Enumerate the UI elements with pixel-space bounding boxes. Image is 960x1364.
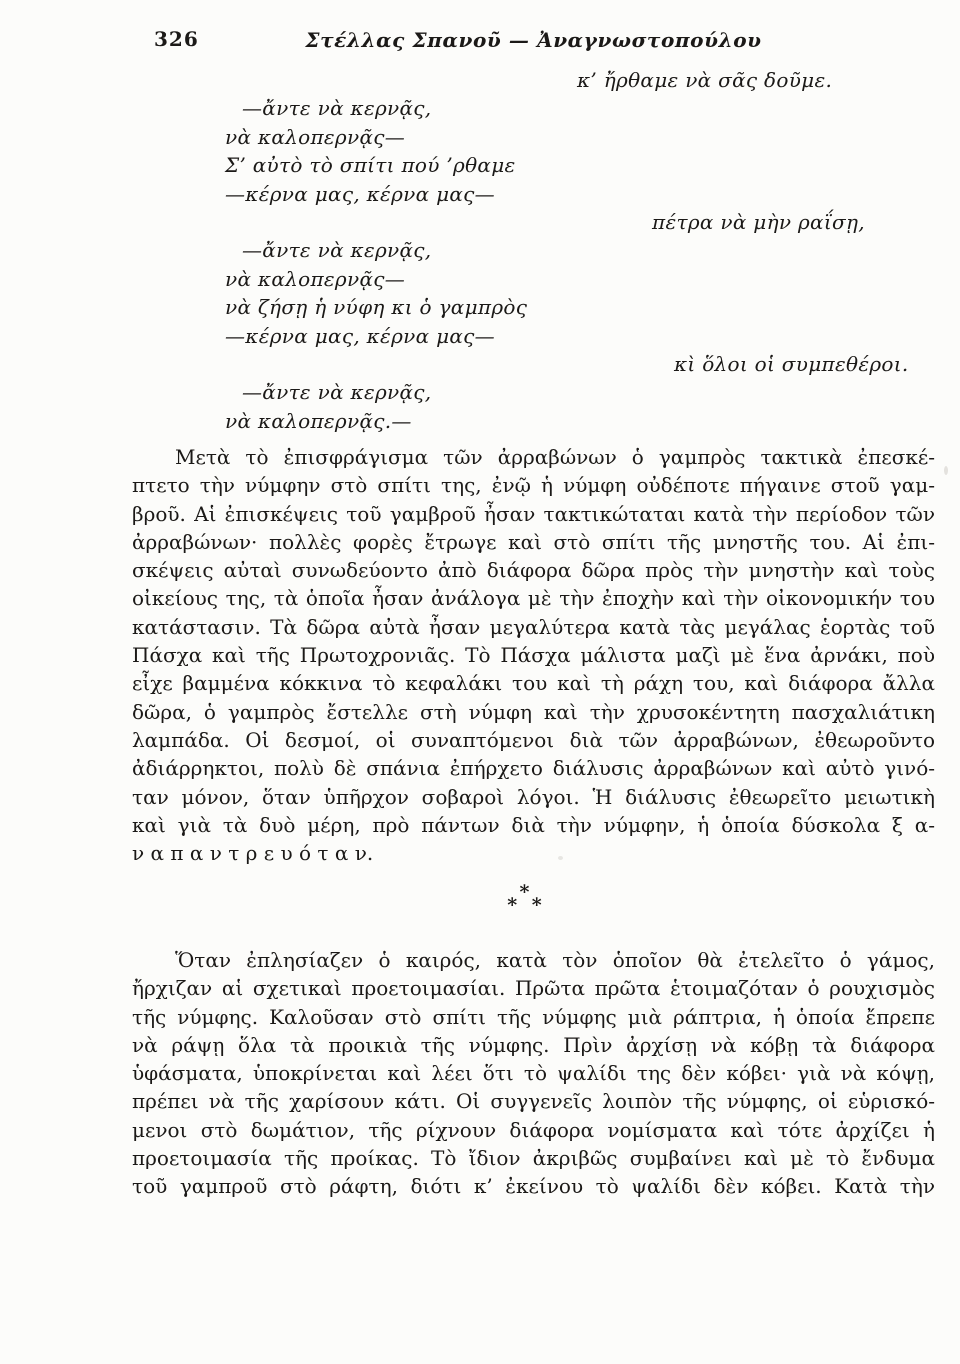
scan-artifact xyxy=(944,466,948,475)
song-line: πέτρα νὰ μὴν ραΐσῃ, xyxy=(132,208,935,236)
text-line: ὑφάσματα, ὑποκρίνεται καὶ λέει ὅτι τὸ ψα… xyxy=(132,1059,935,1087)
page-number: 326 xyxy=(154,27,199,51)
text-line: τῆς νύμφης. Καλοῦσαν στὸ σπίτι τῆς νύμφη… xyxy=(132,1003,935,1031)
text-line: ταν μόνον, ὅταν ὑπῆρχον σοβαροὶ λόγοι. Ἡ… xyxy=(132,783,935,811)
text-line: Πάσχα καὶ τῆς Πρωτοχρονιᾶς. Τὸ Πάσχα μάλ… xyxy=(132,641,935,669)
text-line: Ὅταν ἐπλησίαζεν ὁ καιρός, κατὰ τὸν ὁποῖο… xyxy=(132,946,935,974)
paragraph-engagement-customs: Μετὰ τὸ ἐπισφράγισμα τῶν ἀρραβώνων ὁ γαμ… xyxy=(132,443,935,867)
song-line: κ’ ἤρθαμε νὰ σᾶς δοῦμε. xyxy=(132,66,935,94)
song-line: κὶ ὅλοι οἱ συμπεθέροι. xyxy=(132,350,935,378)
song-line: νὰ καλοπερνᾷς.— xyxy=(132,407,935,435)
text-line: πτετο τὴν νύμφην στὸ σπίτι της, ἐνῷ ἡ νύ… xyxy=(132,471,935,499)
asterism-bottom: * * xyxy=(123,899,926,912)
text-line: Μετὰ τὸ ἐπισφράγισμα τῶν ἀρραβώνων ὁ γαμ… xyxy=(132,443,935,471)
text-line: ἀρραβώνων· πολλὲς φορὲς ἔτρωγε καὶ στὸ σ… xyxy=(132,528,935,556)
running-title: Στέλλας Σπανοῦ — Ἀναγνωστοπούλου xyxy=(132,26,935,54)
text-line: ἀδιάρρηκτοι, πολὺ δὲ σπάνια ἐπήρχετο διά… xyxy=(132,754,935,782)
book-page-scan: 326 Στέλλας Σπανοῦ — Ἀναγνωστοπούλου κ’ … xyxy=(0,0,960,1364)
folk-song-verse: κ’ ἤρθαμε νὰ σᾶς δοῦμε. —ἄντε νὰ κερνᾷς,… xyxy=(132,66,935,435)
text-line: κατάστασιν. Τὰ δῶρα αὐτὰ ἦσαν μεγαλύτερα… xyxy=(132,613,935,641)
text-line: δῶρα, ὁ γαμπρὸς ἔστελλε στὴ νύμφη καὶ τὴ… xyxy=(132,698,935,726)
scan-artifact xyxy=(558,856,563,860)
song-line: —ἄντε νὰ κερνᾷς, xyxy=(132,378,935,406)
text-line: πρέπει νὰ τῆς χαρίσουν κάτι. Οἱ συγγενεῖ… xyxy=(132,1087,935,1115)
paragraph-wedding-preparations: Ὅταν ἐπλησίαζεν ὁ καιρός, κατὰ τὸν ὁποῖο… xyxy=(132,946,935,1201)
text-line: εἶχε βαμμένα κόκκινα τὸ κεφαλάκι του καὶ… xyxy=(132,669,935,697)
text-line: σκέψεις αὐταὶ συνωδεύοντο ἀπὸ διάφορα δῶ… xyxy=(132,556,935,584)
text-line: ν α π α ν τ ρ ε υ ό τ α ν. xyxy=(132,839,935,867)
text-line: καὶ γιὰ τὰ δυὸ μέρη, πρὸ πάντων διὰ τὴν … xyxy=(132,811,935,839)
text-line: βροῦ. Αἱ ἐπισκέψεις τοῦ γαμβροῦ ἦσαν τακ… xyxy=(132,500,935,528)
song-line: νὰ καλοπερνᾷς— xyxy=(132,123,935,151)
song-line: νὰ καλοπερνᾷς— xyxy=(132,265,935,293)
song-line: Σ’ αὐτὸ τὸ σπίτι πού ’ρθαμε xyxy=(132,151,935,179)
song-line: νὰ ζήσῃ ἡ νύφη κι ὁ γαμπρὸς xyxy=(132,293,935,321)
text-line: λαμπάδα. Οἱ δεσμοί, οἱ συναπτόμενοι διὰ … xyxy=(132,726,935,754)
text-line: προετοιμασία τῆς προίκας. Τὸ ἴδιον ἀκριβ… xyxy=(132,1144,935,1172)
text-line: τοῦ γαμπροῦ στὸ ράφτη, διότι κ’ ἐκείνου … xyxy=(132,1172,935,1200)
text-line: μενοι στὸ δωμάτιον, τῆς ρίχνουν διάφορα … xyxy=(132,1116,935,1144)
text-line: οἰκείους της, τὰ ὁποῖα ἦσαν ἀνάλογα μὲ τ… xyxy=(132,584,935,612)
page-header: 326 Στέλλας Σπανοῦ — Ἀναγνωστοπούλου xyxy=(132,26,935,54)
text-line: ἤρχιζαν αἱ σχετικαὶ προετοιμασίαι. Πρῶτα… xyxy=(132,974,935,1002)
song-line: —κέρνα μας, κέρνα μας— xyxy=(132,180,935,208)
text-line: νὰ ράψῃ ὅλα τὰ προικιὰ τῆς νύμφης. Πρὶν … xyxy=(132,1031,935,1059)
song-line: —ἄντε νὰ κερνᾷς, xyxy=(132,236,935,264)
song-line: —ἄντε νὰ κερνᾷς, xyxy=(132,94,935,122)
section-separator: * * * xyxy=(123,886,926,912)
song-line: —κέρνα μας, κέρνα μας— xyxy=(132,322,935,350)
